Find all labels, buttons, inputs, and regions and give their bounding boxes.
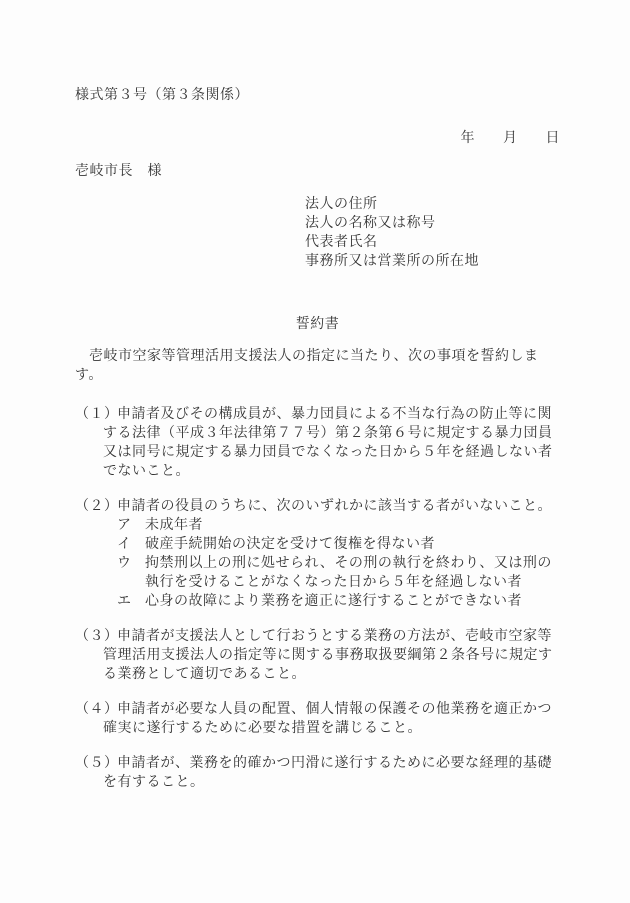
pledge-item-1: （１）申請者及びその構成員が、暴力団員による不当な行為の防止等に関する法律（平成… — [75, 405, 560, 481]
item-text: 申請者が、業務を的確かつ円滑に遂行するために必要な経理的基礎を有すること。 — [103, 756, 552, 790]
item-number: （４） — [75, 700, 117, 719]
applicant-field-office-location: 事務所又は営業所の所在地 — [305, 252, 560, 271]
sub-item-text: 拘禁刑以上の刑に処せられ、その刑の執行を終わり、又は刑の執行を受けることがなくな… — [145, 556, 552, 590]
sub-item-e: エ心身の故障により業務を適正に遂行することができない者 — [117, 592, 560, 611]
document-page: 様式第３号（第３条関係） 年月日 壱岐市長 様 法人の住所 法人の名称又は称号 … — [0, 0, 630, 903]
intro-paragraph: 壱岐市空家等管理活用支援法人の指定に当たり、次の事項を誓約します。 — [75, 347, 560, 385]
document-title: 誓約書 — [75, 315, 560, 334]
pledge-item-5: （５）申請者が、業務を的確かつ円滑に遂行するために必要な経理的基礎を有すること。 — [75, 754, 560, 792]
item-text: 申請者が必要な人員の配置、個人情報の保護その他業務を適正かつ確実に遂行するために… — [103, 702, 552, 736]
item-text: 申請者が支援法人として行おうとする業務の方法が、壱岐市空家等管理活用支援法人の指… — [103, 629, 553, 682]
date-line: 年月日 — [75, 129, 560, 148]
item-text: 申請者の役員のうちに、次のいずれかに該当する者がいないこと。 — [117, 499, 552, 514]
applicant-field-address: 法人の住所 — [305, 195, 560, 214]
sub-item-i: イ破産手続開始の決定を受けて復権を得ない者 — [117, 535, 560, 554]
pledge-item-4: （４）申請者が必要な人員の配置、個人情報の保護その他業務を適正かつ確実に遂行する… — [75, 700, 560, 738]
form-number: 様式第３号（第３条関係） — [75, 86, 560, 105]
sub-item-label: ウ — [117, 554, 145, 573]
applicant-field-name: 法人の名称又は称号 — [305, 214, 560, 233]
date-year-label: 年 — [461, 131, 476, 146]
item-number: （２） — [75, 497, 117, 516]
item-number: （３） — [75, 627, 117, 646]
date-day-label: 日 — [546, 131, 561, 146]
applicant-field-representative: 代表者氏名 — [305, 233, 560, 252]
sub-item-text: 未成年者 — [145, 518, 203, 533]
sub-item-label: エ — [117, 592, 145, 611]
pledge-item-2: （２）申請者の役員のうちに、次のいずれかに該当する者がいないこと。 ア未成年者 … — [75, 497, 560, 611]
sub-item-text: 心身の故障により業務を適正に遂行することができない者 — [145, 594, 522, 609]
sub-item-label: イ — [117, 535, 145, 554]
sub-item-label: ア — [117, 516, 145, 535]
sub-item-u: ウ拘禁刑以上の刑に処せられ、その刑の執行を終わり、又は刑の執行を受けることがなく… — [117, 554, 560, 592]
item-number: （５） — [75, 754, 117, 773]
addressee: 壱岐市長 様 — [75, 162, 560, 181]
item-text: 申請者及びその構成員が、暴力団員による不当な行為の防止等に関する法律（平成３年法… — [103, 407, 553, 479]
sub-item-text: 破産手続開始の決定を受けて復権を得ない者 — [145, 537, 435, 552]
item-number: （１） — [75, 405, 117, 424]
sub-item-a: ア未成年者 — [117, 516, 560, 535]
applicant-fields: 法人の住所 法人の名称又は称号 代表者氏名 事務所又は営業所の所在地 — [305, 195, 560, 271]
date-month-label: 月 — [503, 131, 518, 146]
pledge-item-3: （３）申請者が支援法人として行おうとする業務の方法が、壱岐市空家等管理活用支援法… — [75, 627, 560, 684]
